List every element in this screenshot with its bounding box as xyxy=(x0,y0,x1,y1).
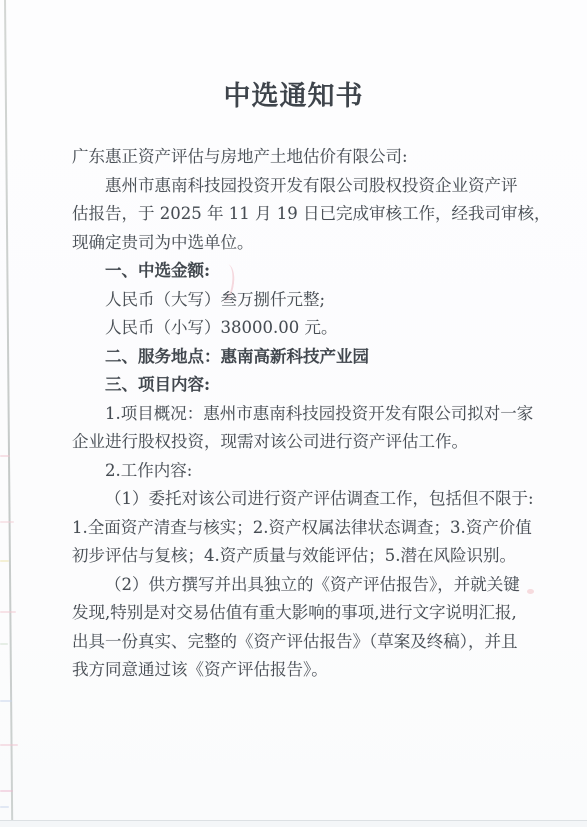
work-content-clause-2: （2）供方撰写并出具独立的《资产评估报告》，并就关键 xyxy=(72,571,532,600)
amount-in-figures-line: 人民币（小写）38000.00 元。 xyxy=(72,314,532,343)
section-2-heading: 二、服务地点：惠南高新科技产业园 xyxy=(72,343,532,372)
document-body: 广东惠正资产评估与房地产土地估价有限公司: 惠州市惠南科技园投资开发有限公司股权… xyxy=(72,143,532,685)
scan-streak xyxy=(0,700,12,702)
work-content-clause-1: （1）委托对该公司进行资产评估调查工作，包括但不限于: xyxy=(72,485,532,514)
project-overview-line: 1.项目概况：惠州市惠南科技园投资开发有限公司拟对一家 xyxy=(72,400,532,429)
body-line: 惠州市惠南科技园投资开发有限公司股权投资企业资产评 xyxy=(72,172,532,201)
work-content-clause-1: 1.全面资产清查与核实；2.资产权属法律状态调查；3.资产价值 xyxy=(72,514,532,543)
scan-streak xyxy=(0,455,10,457)
scan-streak xyxy=(0,560,9,562)
recipient-line: 广东惠正资产评估与房地产土地估价有限公司: xyxy=(72,143,532,172)
project-overview-line: 企业进行股权投资，现需对该公司进行资产评估工作。 xyxy=(72,428,532,457)
document-title: 中选通知书 xyxy=(0,81,587,113)
work-content-clause-2: 发现,特别是对交易估值有重大影响的事项,进行文字说明汇报, xyxy=(72,599,532,628)
scanner-background xyxy=(0,821,587,827)
section-3-heading: 三、项目内容: xyxy=(72,371,532,400)
scan-streak xyxy=(0,611,16,613)
scan-streak xyxy=(0,790,13,792)
scan-streak xyxy=(0,744,18,746)
scanned-page: 中选通知书 广东惠正资产评估与房地产土地估价有限公司: 惠州市惠南科技园投资开发… xyxy=(0,0,587,827)
body-line-date: 估报告，于 2025 年 11 月 19 日已完成审核工作，经我司审核， xyxy=(72,200,532,229)
section-1-heading: 一、中选金额: xyxy=(72,257,532,286)
work-content-clause-1: 初步评估与复核；4.资产质量与效能评估；5.潜在风险识别。 xyxy=(72,542,532,571)
work-content-clause-2: 我方同意通过该《资产评估报告》。 xyxy=(72,656,532,685)
scan-streak xyxy=(0,806,9,808)
paper-left-edge xyxy=(4,0,13,827)
scan-streak xyxy=(0,521,14,523)
work-content-clause-2: 出具一份真实、完整的《资产评估报告》（草案及终稿），并且 xyxy=(72,628,532,657)
scan-streak xyxy=(0,643,8,645)
body-line: 现确定贵司为中选单位。 xyxy=(72,229,532,258)
amount-in-words-line: 人民币（大写）叁万捌仟元整; xyxy=(72,286,532,315)
work-content-heading: 2.工作内容: xyxy=(72,457,532,486)
